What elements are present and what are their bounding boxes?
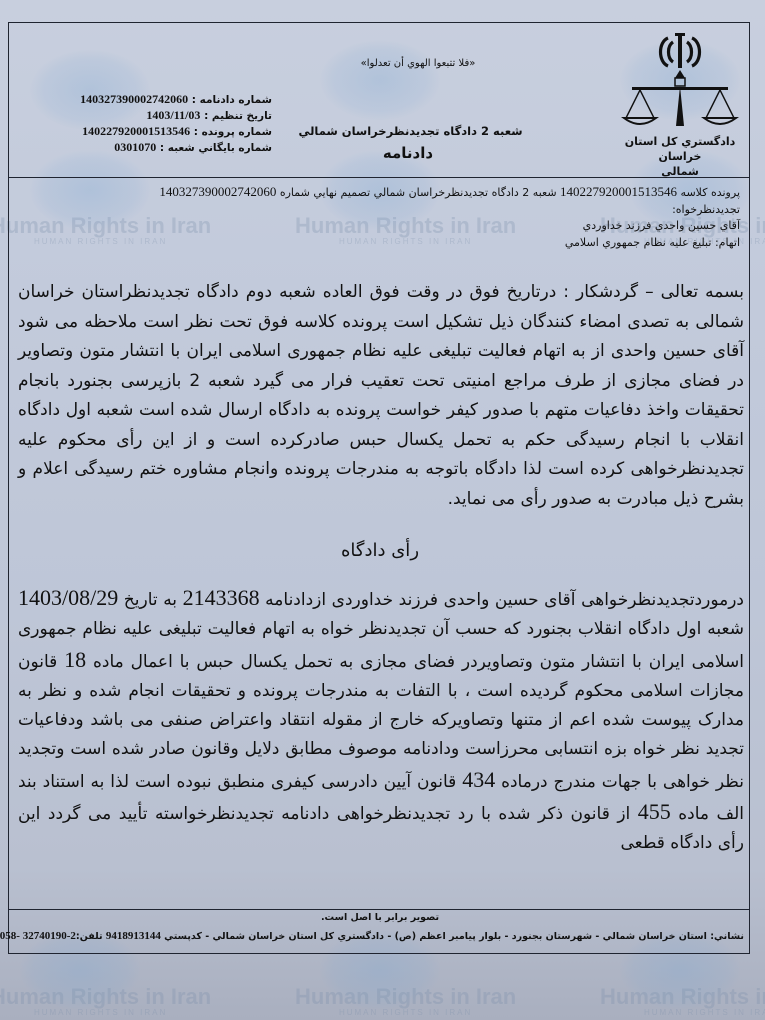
certified-copy-note: تصوير برابر با اصل است.: [200, 912, 560, 923]
document-title: دادنامه: [308, 144, 508, 162]
case-summary-paragraph: بسمه تعالی – گردشکار : درتاریخ فوق در وق…: [18, 278, 744, 514]
meta-case-number: شماره پرونده : 140227920001513546: [72, 124, 272, 140]
appellant-name: آقاي حسين واحدي فرزند خداوردي: [18, 218, 740, 235]
verdict-heading: رأی دادگاه: [200, 540, 560, 561]
meta-archive-number: شماره بايگاني شعبه : 0301070: [72, 140, 272, 156]
watermark-text: Human Rights in IranHUMAN RIGHTS IN IRAN: [600, 985, 765, 1018]
case-reference-line: پرونده كلاسه 140227920001513546 شعبه 2 د…: [18, 184, 740, 202]
watermark-text: Human Rights in IranHUMAN RIGHTS IN IRAN: [0, 985, 211, 1018]
document-header: دادگستري كل استان خراسان شمالي «فلا تتبع…: [8, 22, 750, 178]
header-quote: «فلا تتبعوا الهوي أن تعدلوا»: [318, 58, 518, 69]
verdict-text: درموردتجدیدنظرخواهی آقای حسین واحدی فرزن…: [18, 583, 744, 859]
court-address: نشاني: استان خراسان شمالي - شهرستان بجنو…: [16, 930, 744, 942]
document-page: Human Rights in IranHUMAN RIGHTS IN IRAN…: [0, 0, 765, 1020]
footer-divider: [8, 909, 750, 910]
charge-line: اتهام: تبليغ عليه نظام جمهوري اسلامي: [18, 235, 740, 252]
court-branch: شعبه 2 دادگاه تجديدنظرخراسان شمالي: [298, 124, 523, 138]
ruling-date: 1403/08/29: [18, 585, 118, 610]
appellant-label: تجديدنظرخواه:: [18, 202, 740, 219]
meta-issue-date: تاريخ تنظيم : 1403/11/03: [72, 108, 272, 124]
ruling-number: 2143368: [183, 585, 260, 610]
judiciary-name: دادگستري كل استان خراسان شمالي: [620, 134, 740, 179]
document-metadata: شماره دادنامه : 140327390002742060 تاريخ…: [72, 92, 272, 156]
case-info: پرونده كلاسه 140227920001513546 شعبه 2 د…: [18, 184, 740, 251]
meta-verdict-number: شماره دادنامه : 140327390002742060: [72, 92, 272, 108]
judiciary-logo: دادگستري كل استان خراسان شمالي: [620, 30, 740, 179]
case-summary: بسمه تعالی – گردشکار : درتاریخ فوق در وق…: [18, 278, 744, 514]
watermark-text: Human Rights in IranHUMAN RIGHTS IN IRAN: [295, 985, 516, 1018]
iran-emblem-scales-icon: [620, 30, 740, 130]
